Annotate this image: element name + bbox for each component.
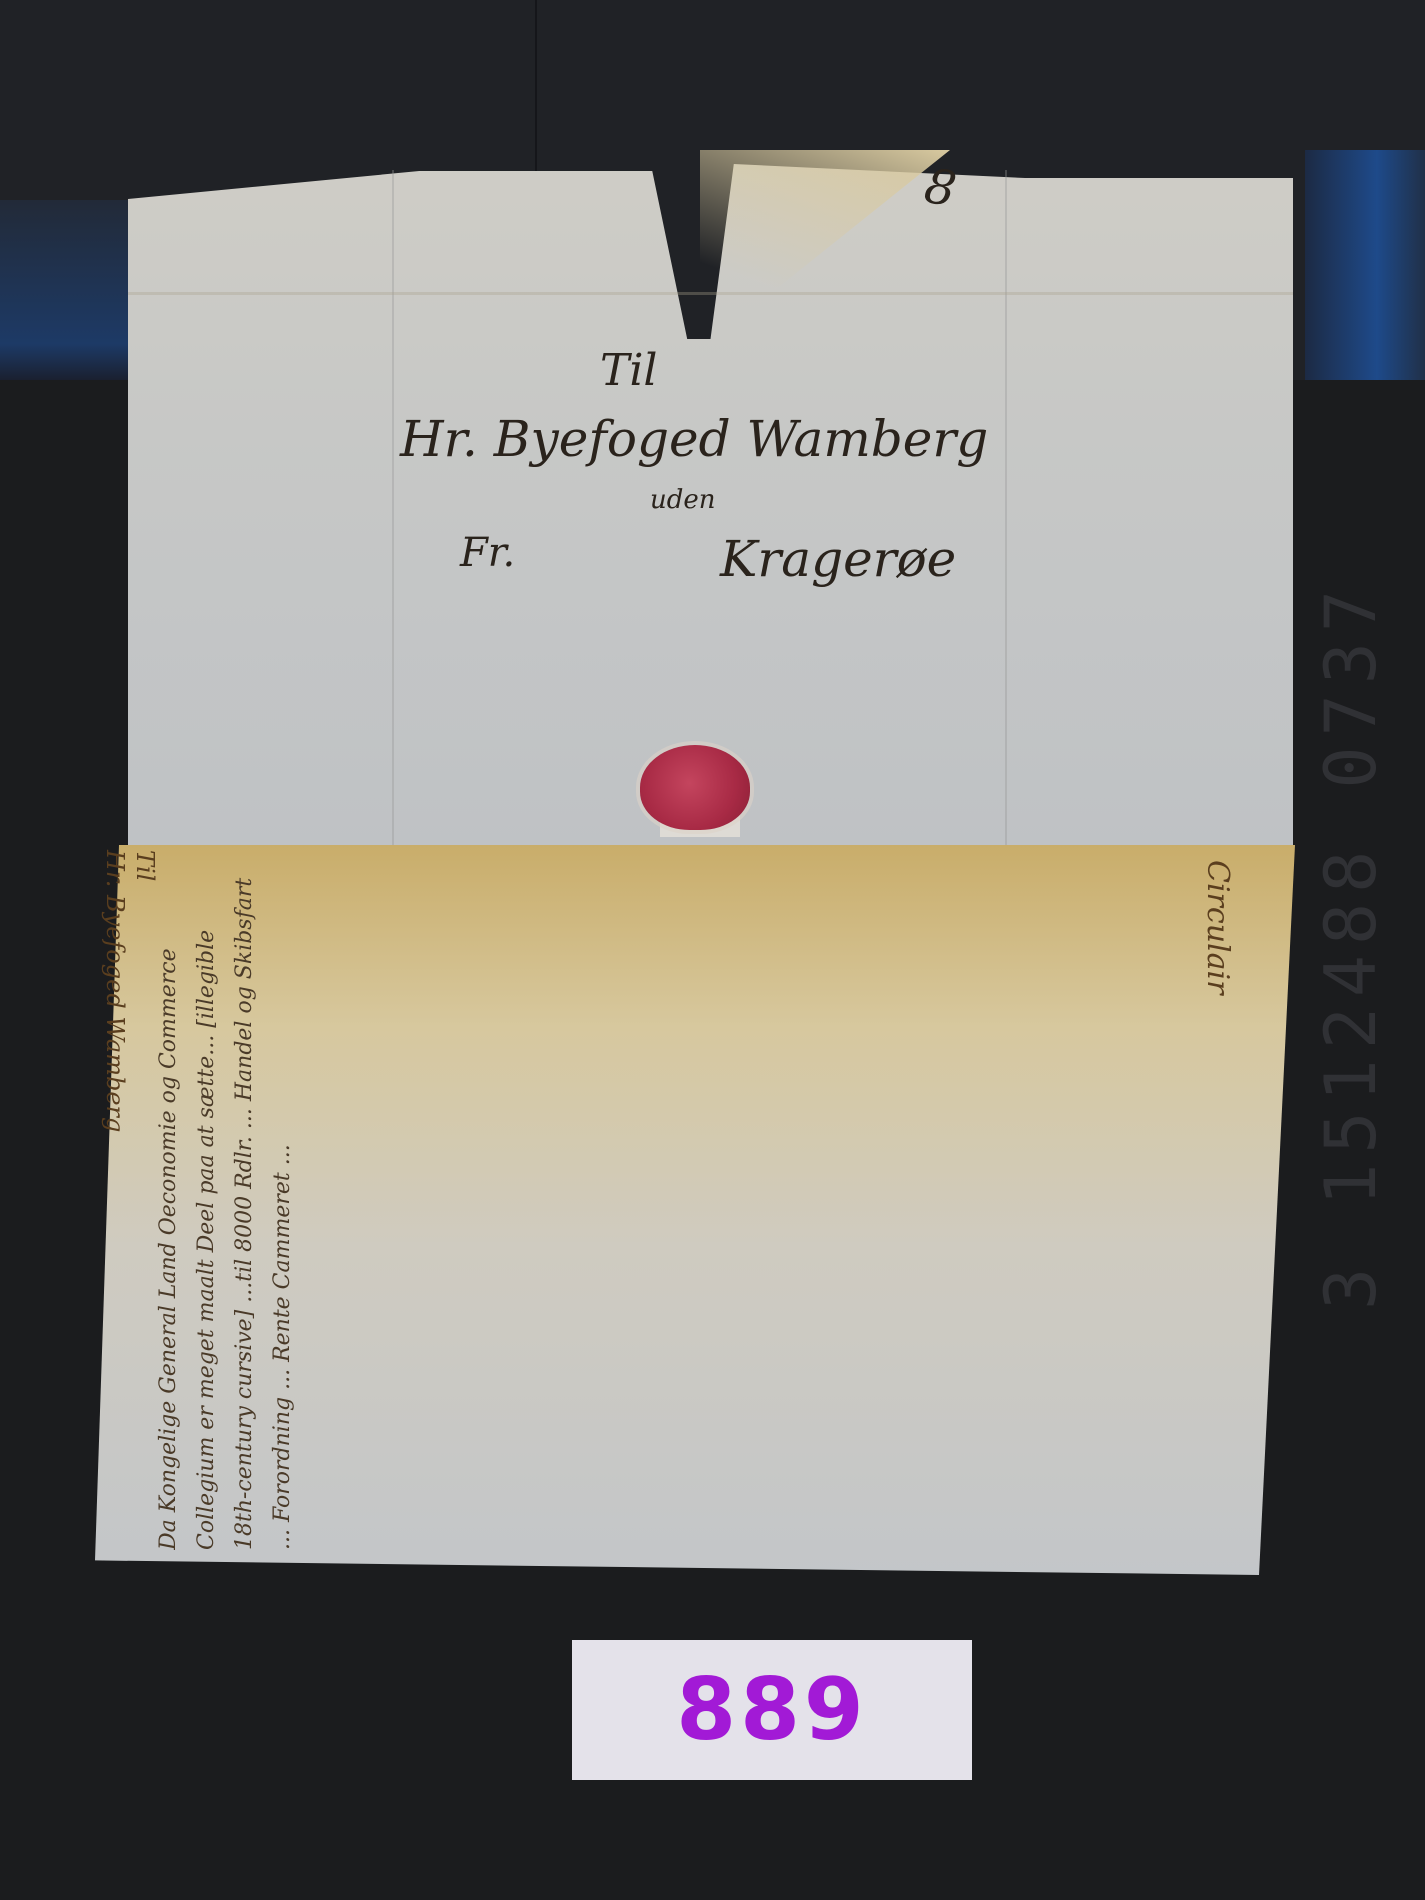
fold-crease	[392, 170, 394, 850]
inventory-number: 889	[676, 1660, 868, 1760]
letter-body-text: Da Kongelige General Land Oeconomie og C…	[150, 870, 1270, 1550]
wax-seal-icon	[640, 745, 750, 830]
address-uden: uden	[650, 485, 716, 515]
background-blue-cloth-left	[0, 200, 140, 380]
background-printed-code: 3 1512488 0737	[1310, 580, 1392, 1310]
franco-mark: Fr.	[460, 530, 515, 576]
address-recipient: Hr. Byefoged Wamberg	[400, 410, 988, 468]
address-place: Kragerøe	[720, 530, 956, 588]
side-address-line: Hr. Byefoged Wamberg	[101, 850, 129, 1132]
background-blue-cloth-right	[1305, 150, 1425, 410]
address-til: Til	[600, 345, 658, 396]
fold-crease	[1005, 170, 1007, 850]
inventory-label: 889	[572, 1640, 972, 1780]
fold-crease	[128, 292, 1293, 295]
